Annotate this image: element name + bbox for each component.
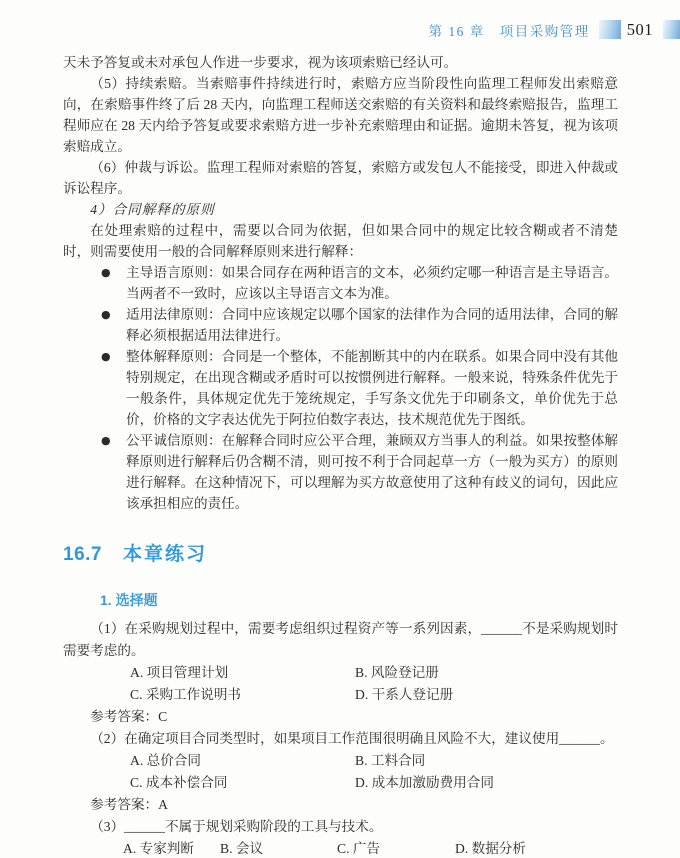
section-number: 16.7 xyxy=(63,542,102,568)
option-c: C. 采购工作说明书 xyxy=(130,684,355,706)
chapter-running-title: 第 16 章 项目采购管理 xyxy=(429,20,590,40)
bullet-text: 主导语言原则：如果合同存在两种语言的文本，必须约定哪一种语言是主导语言。当两者不… xyxy=(126,265,618,301)
book-page: 第 16 章 项目采购管理 501 天未予答复或未对承包人作进一步要求，视为该项… xyxy=(0,0,680,858)
option-d: D. 干系人登记册 xyxy=(355,684,618,706)
ribbon-edge-decoration-icon xyxy=(663,20,680,39)
page-content: 天未予答复或未对承包人作进一步要求，视为该项索赔已经认可。 （5）持续索赔。当索… xyxy=(63,52,618,858)
bullet-text: 整体解释原则：合同是一个整体，不能割断其中的内在联系。如果合同中没有其他特别规定… xyxy=(126,349,618,427)
question-stem: （1）在采购规划过程中，需要考虑组织过程资产等一系列因素，______不是采购规… xyxy=(63,618,618,662)
bullet-item-dominant-language: ● 主导语言原则：如果合同存在两种语言的文本，必须约定哪一种语言是主导语言。当两… xyxy=(63,262,618,304)
option-d: D. 成本加激励费用合同 xyxy=(355,772,618,794)
reference-answer: 参考答案：C xyxy=(63,706,618,728)
question-options: A. 总价合同 B. 工料合同 C. 成本补偿合同 D. 成本加激励费用合同 xyxy=(63,750,618,794)
option-c: C. 广告 xyxy=(337,838,455,858)
question-stem: （3）______不属于规划采购阶段的工具与技术。 xyxy=(63,816,618,838)
bullet-text: 公平诚信原则：在解释合同时应公平合理，兼顾双方当事人的利益。如果按整体解释原则进… xyxy=(126,433,618,511)
ribbon-decoration-icon xyxy=(599,20,621,39)
option-b: B. 工料合同 xyxy=(355,750,618,772)
option-b: B. 会议 xyxy=(220,838,337,858)
page-number: 501 xyxy=(627,20,653,40)
option-a: A. 总价合同 xyxy=(130,750,355,772)
paragraph-interpretation-intro: 在处理索赔的过程中，需要以合同为依据，但如果合同中的规定比较含糊或者不清楚时，则… xyxy=(63,220,618,262)
option-d: D. 数据分析 xyxy=(455,838,526,858)
option-b: B. 风险登记册 xyxy=(355,662,618,684)
bullet-item-applicable-law: ● 适用法律原则：合同中应该规定以哪个国家的法律作为合同的适用法律，合同的解释必… xyxy=(63,304,618,346)
question-options: A. 项目管理计划 B. 风险登记册 C. 采购工作说明书 D. 干系人登记册 xyxy=(63,662,618,706)
page-header: 第 16 章 项目采购管理 501 xyxy=(0,19,680,40)
section-heading: 16.7 本章练习 xyxy=(63,542,618,568)
question-stem: （2）在确定项目合同类型时，如果项目工作范围很明确且风险不大，建议使用_____… xyxy=(63,728,618,750)
subheading-contract-interpretation: 4）合同解释的原则 xyxy=(63,199,618,220)
option-a: A. 项目管理计划 xyxy=(130,662,355,684)
option-a: A. 专家判断 xyxy=(123,838,220,858)
option-c: C. 成本补偿合同 xyxy=(130,772,355,794)
bullet-icon: ● xyxy=(101,430,111,451)
reference-answer: 参考答案：A xyxy=(63,794,618,816)
paragraph-arbitration-litigation: （6）仲裁与诉讼。监理工程师对索赔的答复，索赔方或发包人不能接受，即进入仲裁或诉… xyxy=(63,157,618,199)
question-3: （3）______不属于规划采购阶段的工具与技术。 A. 专家判断 B. 会议 … xyxy=(63,816,618,858)
question-1: （1）在采购规划过程中，需要考虑组织过程资产等一系列因素，______不是采购规… xyxy=(63,618,618,728)
paragraph-claim-continuation: 天未予答复或未对承包人作进一步要求，视为该项索赔已经认可。 xyxy=(63,52,618,73)
paragraph-continuous-claim: （5）持续索赔。当索赔事件持续进行时，索赔方应当阶段性向监理工程师发出索赔意向，… xyxy=(63,73,618,157)
section-title: 本章练习 xyxy=(123,542,207,568)
bullet-icon: ● xyxy=(101,304,111,325)
exercise-subtitle: 1. 选择题 xyxy=(63,590,618,611)
question-options: A. 专家判断 B. 会议 C. 广告 D. 数据分析 xyxy=(63,838,618,858)
exercise-list: （1）在采购规划过程中，需要考虑组织过程资产等一系列因素，______不是采购规… xyxy=(63,618,618,858)
bullet-text: 适用法律原则：合同中应该规定以哪个国家的法律作为合同的适用法律，合同的解释必须根… xyxy=(126,307,618,343)
bullet-icon: ● xyxy=(101,346,111,367)
bullet-item-holistic-interpretation: ● 整体解释原则：合同是一个整体，不能割断其中的内在联系。如果合同中没有其他特别… xyxy=(63,346,618,430)
bullet-item-fairness-good-faith: ● 公平诚信原则：在解释合同时应公平合理，兼顾双方当事人的利益。如果按整体解释原… xyxy=(63,430,618,514)
bullet-icon: ● xyxy=(101,262,111,283)
question-2: （2）在确定项目合同类型时，如果项目工作范围很明确且风险不大，建议使用_____… xyxy=(63,728,618,816)
